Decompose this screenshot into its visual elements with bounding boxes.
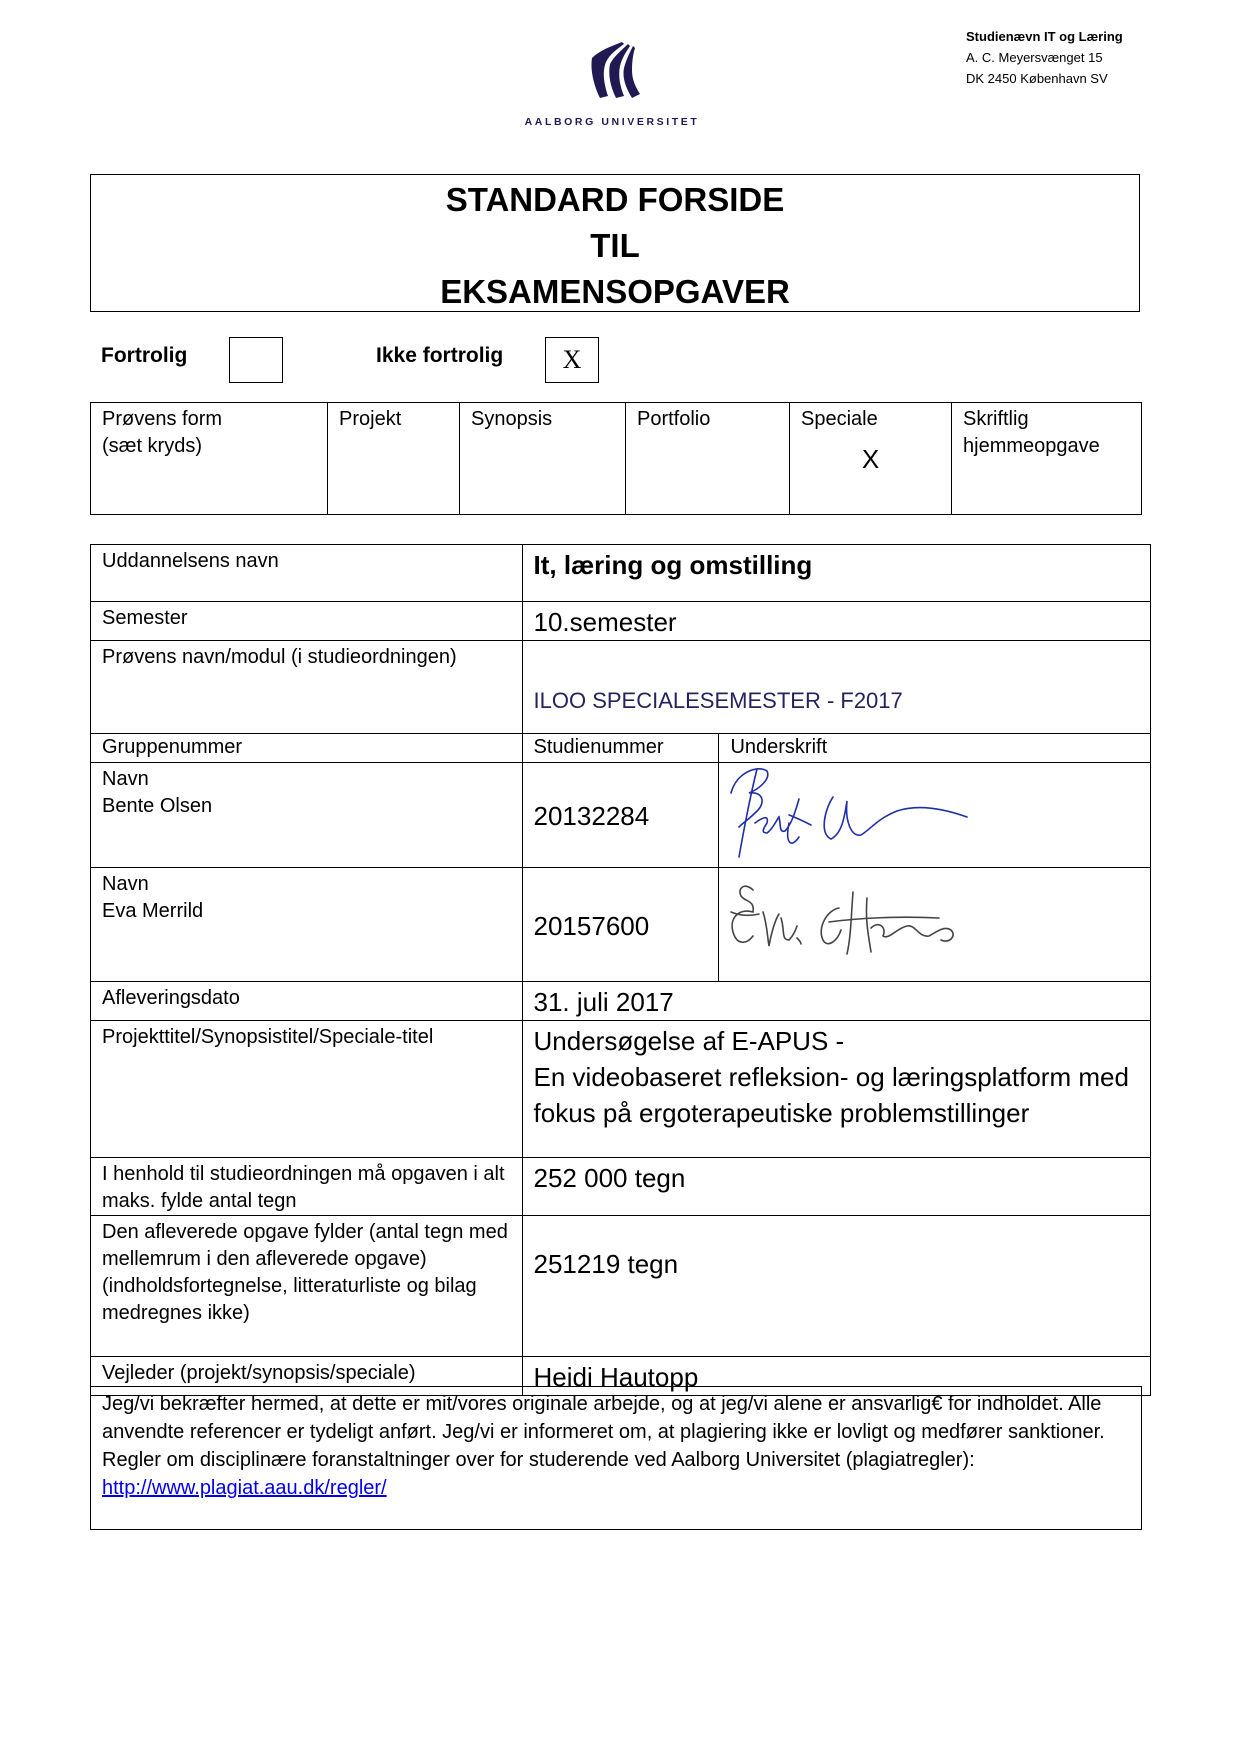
project-title-line: fokus på ergoterapeutiske problemstillin… — [534, 1095, 1150, 1131]
education-value: It, læring og omstilling — [522, 545, 1150, 602]
institution-address: Studienævn IT og Læring A. C. Meyersvæng… — [966, 26, 1123, 89]
ikke-fortrolig-label: Ikke fortrolig — [376, 344, 503, 368]
date-value: 31. juli 2017 — [522, 982, 1150, 1021]
option-label: Speciale — [801, 406, 951, 433]
table-row: Projekttitel/Synopsistitel/Speciale-tite… — [91, 1021, 1151, 1158]
module-value-cell: ILOO SPECIALESEMESTER - F2017 — [522, 641, 1150, 734]
student-number: 20132284 — [522, 763, 719, 868]
project-title-line: En videobaseret refleksion- og læringspl… — [534, 1059, 1150, 1095]
option-label: Projekt — [339, 406, 459, 433]
signature-header: Underskrift — [719, 734, 1151, 763]
module-value: ILOO SPECIALESEMESTER - F2017 — [534, 688, 903, 713]
exam-form-label: Prøvens form (sæt kryds) — [91, 403, 328, 515]
project-title-label: Projekttitel/Synopsistitel/Speciale-tite… — [91, 1021, 523, 1158]
table-row: Uddannelsens navn It, læring og omstilli… — [91, 545, 1151, 602]
exam-form-label-line: Prøvens form — [102, 406, 327, 433]
exam-details-table: Uddannelsens navn It, læring og omstilli… — [90, 544, 1151, 1396]
table-row: Prøvens navn/modul (i studieordningen) I… — [91, 641, 1151, 734]
signature-eva-icon — [719, 868, 1039, 978]
exam-form-option-portfolio[interactable]: Portfolio — [626, 403, 790, 515]
semester-value: 10.semester — [522, 602, 1150, 641]
table-row: Den afleverede opgave fylder (antal tegn… — [91, 1216, 1151, 1357]
exam-form-table: Prøvens form (sæt kryds) Projekt Synopsi… — [90, 402, 1142, 515]
actual-chars-value: 251219 tegn — [522, 1216, 1150, 1357]
address-line-street: A. C. Meyersvænget 15 — [966, 47, 1123, 68]
declaration-text: Jeg/vi bekræfter hermed, at dette er mit… — [102, 1393, 1105, 1471]
education-label: Uddannelsens navn — [91, 545, 523, 602]
name-label: Navn — [102, 766, 522, 793]
fortrolig-label: Fortrolig — [101, 344, 187, 368]
address-line-department: Studienævn IT og Læring — [966, 26, 1123, 47]
actual-chars-label: Den afleverede opgave fylder (antal tegn… — [91, 1216, 523, 1357]
declaration-box: Jeg/vi bekræfter hermed, at dette er mit… — [90, 1386, 1142, 1530]
student-number-header: Studienummer — [522, 734, 719, 763]
option-mark: X — [801, 446, 951, 473]
semester-label: Semester — [91, 602, 523, 641]
exam-form-option-speciale[interactable]: Speciale X — [790, 403, 952, 515]
address-line-city: DK 2450 København SV — [966, 68, 1123, 89]
name-label: Navn — [102, 871, 522, 898]
signature-bente-icon — [719, 763, 1039, 863]
table-row: Semester 10.semester — [91, 602, 1151, 641]
exam-form-label-hint: (sæt kryds) — [102, 433, 327, 460]
table-row: Navn Bente Olsen 20132284 — [91, 763, 1151, 868]
signature-cell — [719, 763, 1151, 868]
group-label: Gruppenummer — [91, 734, 523, 763]
table-row: Gruppenummer Studienummer Underskrift — [91, 734, 1151, 763]
signature-cell — [719, 868, 1151, 982]
project-title-line: Undersøgelse af E-APUS - — [534, 1023, 1150, 1059]
ikke-fortrolig-checkbox[interactable]: X — [545, 337, 599, 383]
page-title-line: EKSAMENSOPGAVER — [91, 269, 1139, 315]
university-name: AALBORG UNIVERSITET — [522, 116, 702, 128]
table-row: Afleveringsdato 31. juli 2017 — [91, 982, 1151, 1021]
student-name: Eva Merrild — [102, 898, 522, 925]
page-title-box: STANDARD FORSIDE TIL EKSAMENSOPGAVER — [90, 174, 1140, 312]
max-chars-label: I henhold til studieordningen må opgaven… — [91, 1158, 523, 1216]
option-label: Synopsis — [471, 406, 625, 433]
option-label: Skriftlig hjemmeopgave — [963, 406, 1141, 460]
project-title-value: Undersøgelse af E-APUS - En videobaseret… — [522, 1021, 1150, 1158]
page-title-line: STANDARD FORSIDE — [91, 177, 1139, 223]
page-title-line: TIL — [91, 223, 1139, 269]
plagiarism-rules-link[interactable]: http://www.plagiat.aau.dk/regler/ — [102, 1477, 387, 1499]
option-label: Portfolio — [637, 406, 789, 433]
table-row: I henhold til studieordningen må opgaven… — [91, 1158, 1151, 1216]
student-number: 20157600 — [522, 868, 719, 982]
exam-form-option-projekt[interactable]: Projekt — [328, 403, 460, 515]
university-logo-icon — [570, 40, 650, 102]
exam-form-option-skriftlig-hjemmeopgave[interactable]: Skriftlig hjemmeopgave — [952, 403, 1142, 515]
module-label: Prøvens navn/modul (i studieordningen) — [91, 641, 523, 734]
exam-form-option-synopsis[interactable]: Synopsis — [460, 403, 626, 515]
max-chars-value: 252 000 tegn — [522, 1158, 1150, 1216]
student-name-cell: Navn Eva Merrild — [91, 868, 523, 982]
table-row: Navn Eva Merrild 20157600 — [91, 868, 1151, 982]
date-label: Afleveringsdato — [91, 982, 523, 1021]
student-name: Bente Olsen — [102, 793, 522, 820]
student-name-cell: Navn Bente Olsen — [91, 763, 523, 868]
fortrolig-checkbox[interactable] — [229, 337, 283, 383]
